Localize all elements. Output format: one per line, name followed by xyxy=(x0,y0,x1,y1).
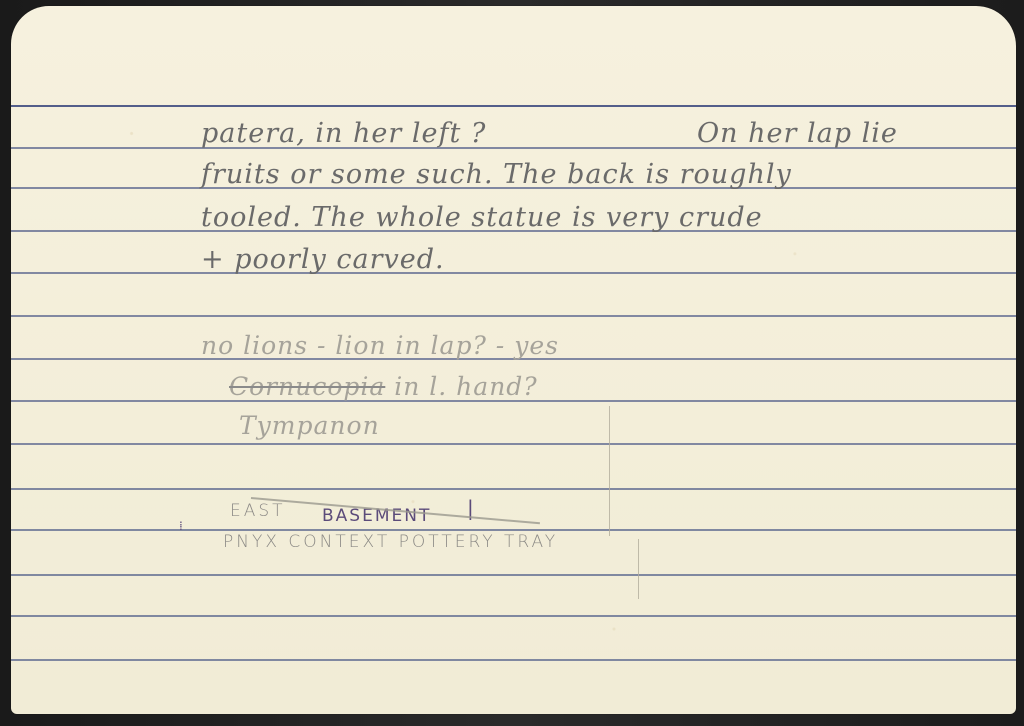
struck-word: Cornucopia xyxy=(229,372,385,401)
note-line-1-right: On her lap lie xyxy=(697,118,898,149)
note-line-5: no lions - lion in lap? - yes xyxy=(201,331,559,360)
ruled-line xyxy=(11,574,1016,576)
note-line-4: + poorly carved. xyxy=(201,244,445,275)
ruled-line xyxy=(11,488,1016,490)
ruled-line xyxy=(11,272,1016,274)
note-line-2: fruits or some such. The back is roughly xyxy=(201,159,792,190)
note-line-1-left: patera, in her left ? xyxy=(201,118,486,149)
location-pencil-label: EAST xyxy=(230,501,286,521)
tray-label: PNYX CONTEXT POTTERY TRAY xyxy=(223,532,558,552)
note-line-6-rest: in l. hand? xyxy=(394,372,537,401)
pencil-mark xyxy=(638,539,639,599)
scan-background: patera, in her left ? On her lap lie fru… xyxy=(0,0,1024,726)
ruled-line xyxy=(11,659,1016,661)
index-card: patera, in her left ? On her lap lie fru… xyxy=(11,6,1016,714)
pencil-mark xyxy=(609,406,610,536)
note-line-3: tooled. The whole statue is very crude xyxy=(201,202,763,233)
ruled-line xyxy=(11,315,1016,317)
ruled-line xyxy=(11,615,1016,617)
ruled-line xyxy=(11,443,1016,445)
note-line-6: Cornucopia in l. hand? xyxy=(229,372,538,401)
ruled-line-header xyxy=(11,105,1016,107)
ruled-line xyxy=(11,529,1016,531)
note-line-7: Tympanon xyxy=(239,411,380,440)
margin-mark: ⁞ xyxy=(179,519,185,533)
